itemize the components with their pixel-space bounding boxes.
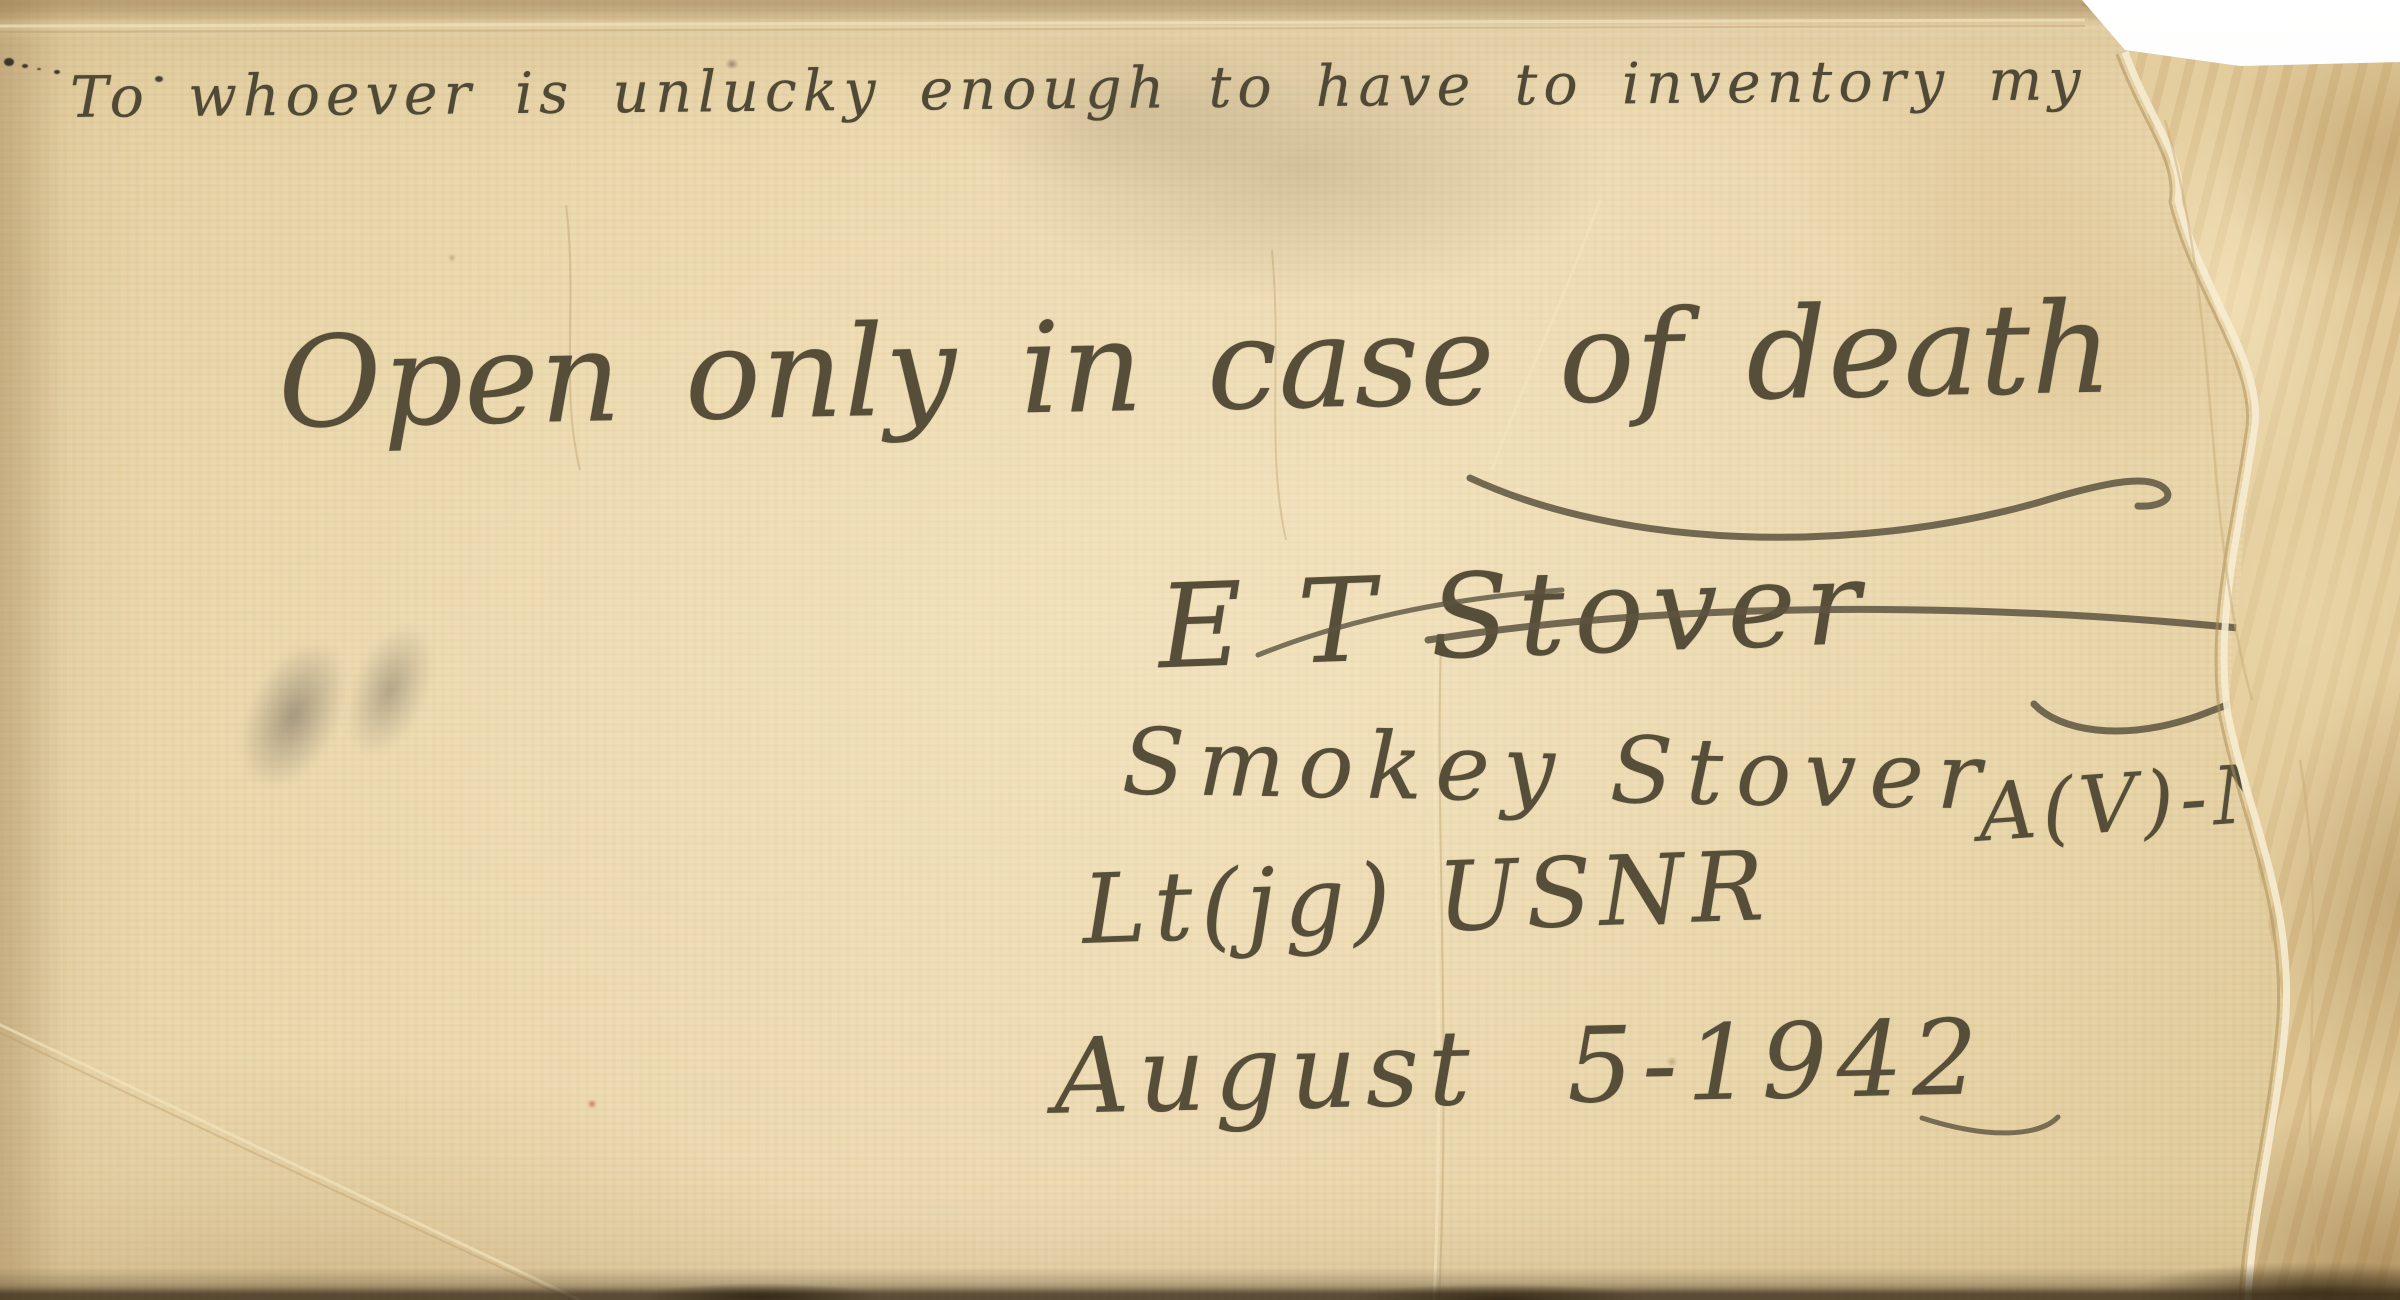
- name-text: Smokey Stover: [1121, 708, 1995, 830]
- envelope-scan: To whoever is unlucky enough to have to …: [0, 0, 2400, 1300]
- date-text: August 5-1942: [1053, 996, 1988, 1138]
- ink-dots-mark: [4, 58, 14, 66]
- signature-text: E T Stover: [1156, 536, 1872, 696]
